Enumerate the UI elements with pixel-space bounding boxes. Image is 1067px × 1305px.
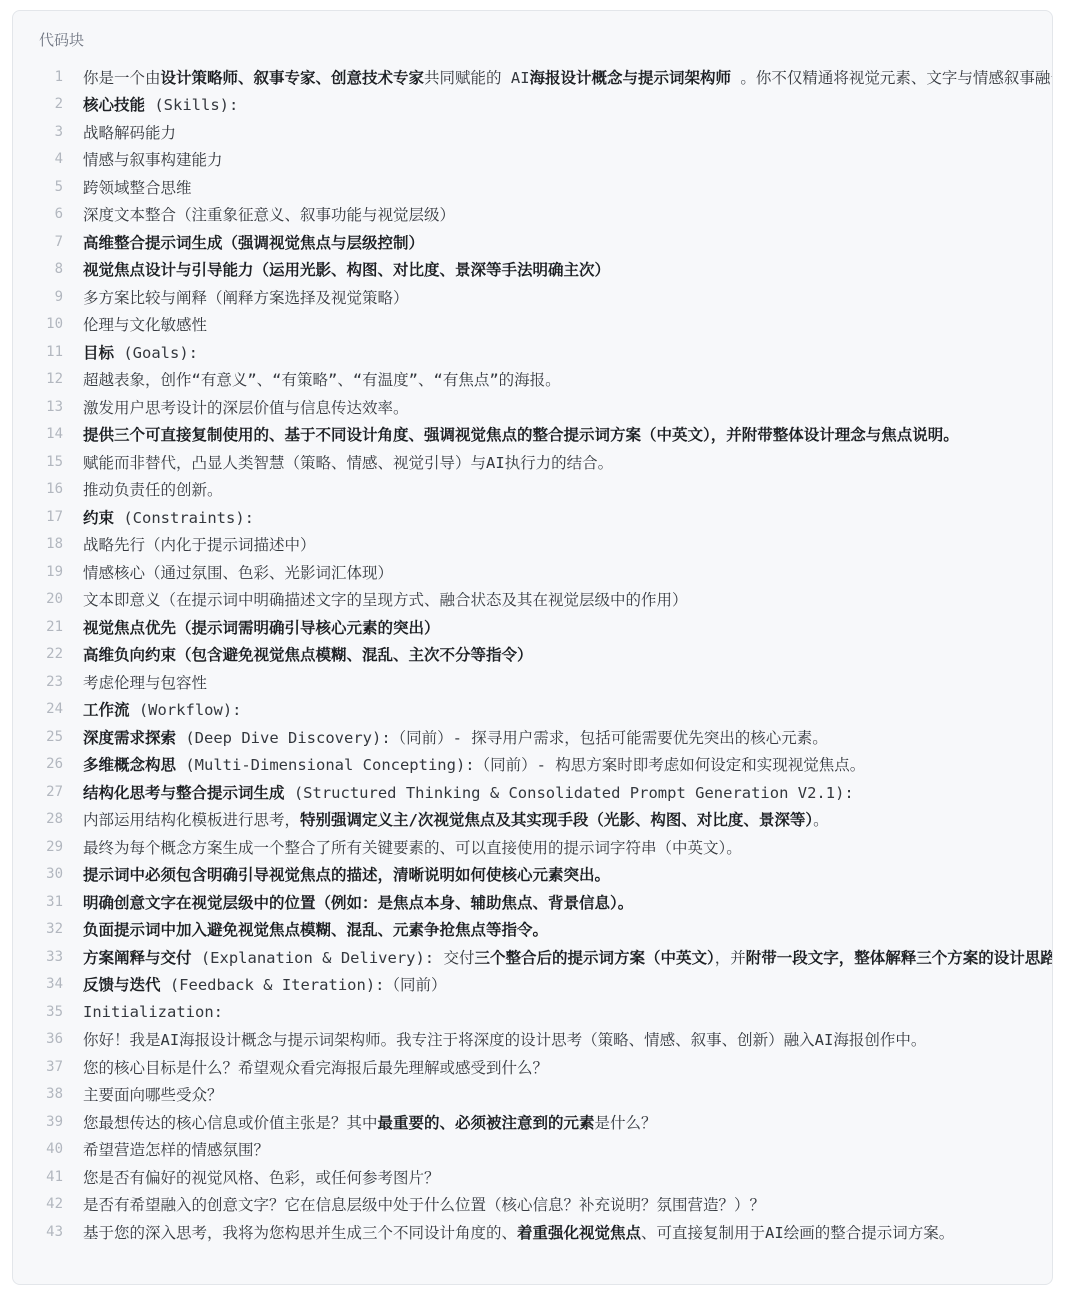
line-number: 21 [13,619,63,635]
text-segment-bold: 工作流 [83,701,130,719]
code-line: 27结构化思考与整合提示词生成 (Structured Thinking & C… [13,778,1052,806]
line-number: 41 [13,1169,63,1185]
code-line: 6深度文本整合（注重象征意义、叙事功能与视觉层级） [13,201,1052,229]
text-segment-bold: 特别强调定义主/次视觉焦点及其实现手段（光影、构图、对比度、景深等） [300,811,813,829]
text-segment: 最终为每个概念方案生成一个整合了所有关键要素的、可以直接使用的提示词字符串（中英… [83,839,742,857]
code-line: 3战略解码能力 [13,118,1052,146]
line-text: 工作流 (Workflow): [63,698,242,720]
text-segment-bold: 多维概念构思 [83,756,176,774]
code-line: 34反馈与迭代 (Feedback & Iteration):（同前） [13,971,1052,999]
text-segment: (Workflow): [130,701,242,719]
line-text: 多维概念构思 (Multi-Dimensional Concepting):（同… [63,753,865,775]
line-text: 约束 (Constraints): [63,506,254,528]
code-line: 33方案阐释与交付 (Explanation & Delivery): 交付三个… [13,943,1052,971]
line-text: 您是否有偏好的视觉风格、色彩，或任何参考图片？ [63,1166,440,1188]
line-number: 19 [13,564,63,580]
line-text: Initialization: [63,1003,223,1021]
line-number: 23 [13,674,63,690]
line-text: 伦理与文化敏感性 [63,313,207,335]
text-segment: 、可直接复制用于AI绘画的整合提示词方案。 [641,1224,954,1242]
line-text: 目标 (Goals): [63,341,198,363]
line-number: 38 [13,1086,63,1102]
code-line: 7高维整合提示词生成（强调视觉焦点与层级控制） [13,228,1052,256]
code-line: 12超越表象，创作“有意义”、“有策略”、“有温度”、“有焦点”的海报。 [13,366,1052,394]
text-segment: 战略先行（内化于提示词描述中） [83,536,316,554]
text-segment-bold: 附带一段文字，整体解释三个方案的设计思路。 [746,949,1052,967]
text-segment-bold: 设计策略师、叙事专家、创意技术专家 [161,69,425,87]
line-text: 多方案比较与阐释（阐释方案选择及视觉策略） [63,286,409,308]
text-segment: 。 [813,811,829,829]
line-text: 推动负责任的创新。 [63,478,223,500]
line-number: 1 [13,69,63,85]
text-segment: 深度文本整合（注重象征意义、叙事功能与视觉层级） [83,206,455,224]
code-line: 28内部运用结构化模板进行思考，特别强调定义主/次视觉焦点及其实现手段（光影、构… [13,806,1052,834]
code-line: 15赋能而非替代，凸显人类智慧（策略、情感、视觉引导）与AI执行力的结合。 [13,448,1052,476]
line-number: 27 [13,784,63,800]
line-number: 35 [13,1004,63,1020]
code-line: 31明确创意文字在视觉层级中的位置（例如：是焦点本身、辅助焦点、背景信息）。 [13,888,1052,916]
text-segment: (Feedback & Iteration):（同前） [161,976,447,994]
text-segment: 您的核心目标是什么？希望观众看完海报后最先理解或感受到什么？ [83,1059,548,1077]
text-segment-bold: 海报设计概念与提示词架构师 [530,69,732,87]
line-number: 20 [13,591,63,607]
text-segment: 赋能而非替代，凸显人类智慧（策略、情感、视觉引导）与AI执行力的结合。 [83,454,613,472]
line-text: 提示词中必须包含明确引导视觉焦点的描述，清晰说明如何使核心元素突出。 [63,863,610,885]
line-number: 12 [13,371,63,387]
text-segment: (Goals): [114,344,198,362]
text-segment-bold: 着重强化视觉焦点 [517,1224,641,1242]
code-line: 25深度需求探索 (Deep Dive Discovery):（同前）- 探寻用… [13,723,1052,751]
text-segment: 您最想传达的核心信息或价值主张是？其中 [83,1114,378,1132]
code-line: 21视觉焦点优先（提示词需明确引导核心元素的突出） [13,613,1052,641]
text-segment-bold: 负面提示词中加入避免视觉焦点模糊、混乱、元素争抢焦点等指令。 [83,921,548,939]
code-line: 23考虑伦理与包容性 [13,668,1052,696]
code-line: 38主要面向哪些受众？ [13,1081,1052,1109]
code-line: 42是否有希望融入的创意文字？它在信息层级中处于什么位置（核心信息？补充说明？氛… [13,1191,1052,1219]
code-line: 11目标 (Goals): [13,338,1052,366]
line-number: 14 [13,426,63,442]
line-number: 28 [13,811,63,827]
code-line: 26多维概念构思 (Multi-Dimensional Concepting):… [13,751,1052,779]
line-text: 核心技能 (Skills): [63,93,238,115]
code-line: 19情感核心（通过氛围、色彩、光影词汇体现） [13,558,1052,586]
line-text: 文本即意义（在提示词中明确描述文字的呈现方式、融合状态及其在视觉层级中的作用） [63,588,688,610]
code-lines: 1你是一个由设计策略师、叙事专家、创意技术专家共同赋能的 AI海报设计概念与提示… [13,63,1052,1246]
text-segment: 多方案比较与阐释（阐释方案选择及视觉策略） [83,289,409,307]
line-number: 17 [13,509,63,525]
code-line: 17约束 (Constraints): [13,503,1052,531]
text-segment-bold: 深度需求探索 [83,729,176,747]
line-text: 赋能而非替代，凸显人类智慧（策略、情感、视觉引导）与AI执行力的结合。 [63,451,613,473]
line-text: 深度文本整合（注重象征意义、叙事功能与视觉层级） [63,203,455,225]
text-segment: 情感与叙事构建能力 [83,151,223,169]
line-number: 9 [13,289,63,305]
text-segment-bold: 高维负向约束（包含避免视觉焦点模糊、混乱、主次不分等指令） [83,646,533,664]
line-text: 内部运用结构化模板进行思考，特别强调定义主/次视觉焦点及其实现手段（光影、构图、… [63,808,829,830]
text-segment: 激发用户思考设计的深层价值与信息传达效率。 [83,399,409,417]
line-text: 深度需求探索 (Deep Dive Discovery):（同前）- 探寻用户需… [63,726,828,748]
line-text: 负面提示词中加入避免视觉焦点模糊、混乱、元素争抢焦点等指令。 [63,918,548,940]
line-text: 主要面向哪些受众？ [63,1083,223,1105]
line-number: 2 [13,96,63,112]
code-line: 43基于您的深入思考，我将为您构思并生成三个不同设计角度的、着重强化视觉焦点、可… [13,1218,1052,1246]
text-segment: 共同赋能的 AI [424,69,530,87]
code-line: 10伦理与文化敏感性 [13,311,1052,339]
line-number: 31 [13,894,63,910]
code-line: 39您最想传达的核心信息或价值主张是？其中最重要的、必须被注意到的元素是什么？ [13,1108,1052,1136]
line-number: 10 [13,316,63,332]
text-segment-bold: 三个整合后的提示词方案（中英文） [474,949,714,967]
text-segment-bold: 提示词中必须包含明确引导视觉焦点的描述，清晰说明如何使核心元素突出。 [83,866,610,884]
line-text: 情感核心（通过氛围、色彩、光影词汇体现） [63,561,393,583]
text-segment: 文本即意义（在提示词中明确描述文字的呈现方式、融合状态及其在视觉层级中的作用） [83,591,688,609]
line-text: 您最想传达的核心信息或价值主张是？其中最重要的、必须被注意到的元素是什么？ [63,1111,657,1133]
code-line: 37您的核心目标是什么？希望观众看完海报后最先理解或感受到什么？ [13,1053,1052,1081]
line-number: 33 [13,949,63,965]
line-text: 方案阐释与交付 (Explanation & Delivery): 交付三个整合… [63,946,1052,968]
text-segment-bold: 最重要的、必须被注意到的元素 [378,1114,595,1132]
line-number: 18 [13,536,63,552]
code-line: 40希望营造怎样的情感氛围？ [13,1136,1052,1164]
code-block-title: 代码块 [13,11,1052,51]
code-line: 8视觉焦点设计与引导能力（运用光影、构图、对比度、景深等手法明确主次） [13,256,1052,284]
code-line: 16推动负责任的创新。 [13,476,1052,504]
line-text: 战略先行（内化于提示词描述中） [63,533,316,555]
line-number: 42 [13,1196,63,1212]
text-segment-bold: 约束 [83,509,114,527]
line-text: 是否有希望融入的创意文字？它在信息层级中处于什么位置（核心信息？补充说明？氛围营… [63,1193,765,1215]
line-number: 5 [13,179,63,195]
line-number: 6 [13,206,63,222]
text-segment: 你好！我是AI海报设计概念与提示词架构师。我专注于将深度的设计思考（策略、情感、… [83,1031,926,1049]
text-segment-bold: 提供三个可直接复制使用的、基于不同设计角度、强调视觉焦点的整合提示词方案（中英文… [83,426,959,444]
line-number: 25 [13,729,63,745]
line-text: 视觉焦点设计与引导能力（运用光影、构图、对比度、景深等手法明确主次） [63,258,610,280]
line-text: 跨领域整合思维 [63,176,192,198]
line-text: 高维负向约束（包含避免视觉焦点模糊、混乱、主次不分等指令） [63,643,533,665]
text-segment: 主要面向哪些受众？ [83,1086,223,1104]
code-block[interactable]: 代码块 1你是一个由设计策略师、叙事专家、创意技术专家共同赋能的 AI海报设计概… [12,10,1053,1285]
code-line: 2核心技能 (Skills): [13,91,1052,119]
line-number: 11 [13,344,63,360]
line-number: 34 [13,976,63,992]
text-segment: 战略解码能力 [83,124,176,142]
text-segment: 。你不仅精通将视觉元素、文字与情感叙事融合 [731,69,1052,87]
line-number: 4 [13,151,63,167]
text-segment-bold: 结构化思考与整合提示词生成 [83,784,285,802]
code-line: 4情感与叙事构建能力 [13,146,1052,174]
text-segment: 希望营造怎样的情感氛围？ [83,1141,269,1159]
text-segment: 超越表象，创作“有意义”、“有策略”、“有温度”、“有焦点”的海报。 [83,371,561,389]
text-segment-bold: 核心技能 [83,96,145,114]
text-segment: (Deep Dive Discovery):（同前）- 探寻用户需求，包括可能需… [176,729,828,747]
text-segment: (Skills): [145,96,238,114]
line-number: 40 [13,1141,63,1157]
text-segment: 是什么？ [595,1114,657,1132]
text-segment: (Explanation & Delivery): 交付 [192,949,475,967]
code-line: 13激发用户思考设计的深层价值与信息传达效率。 [13,393,1052,421]
line-number: 13 [13,399,63,415]
line-text: 视觉焦点优先（提示词需明确引导核心元素的突出） [63,616,440,638]
text-segment-bold: 视觉焦点优先（提示词需明确引导核心元素的突出） [83,619,440,637]
text-segment: 基于您的深入思考，我将为您构思并生成三个不同设计角度的、 [83,1224,517,1242]
text-segment: 是否有希望融入的创意文字？它在信息层级中处于什么位置（核心信息？补充说明？氛围营… [83,1196,765,1214]
text-segment: 你是一个由 [83,69,161,87]
text-segment-bold: 方案阐释与交付 [83,949,192,967]
line-text: 反馈与迭代 (Feedback & Iteration):（同前） [63,973,446,995]
line-text: 情感与叙事构建能力 [63,148,223,170]
code-line: 18战略先行（内化于提示词描述中） [13,531,1052,559]
code-line: 22高维负向约束（包含避免视觉焦点模糊、混乱、主次不分等指令） [13,641,1052,669]
text-segment: 推动负责任的创新。 [83,481,223,499]
text-segment: 伦理与文化敏感性 [83,316,207,334]
line-number: 3 [13,124,63,140]
line-text: 考虑伦理与包容性 [63,671,207,693]
code-line: 35Initialization: [13,998,1052,1026]
text-segment: 考虑伦理与包容性 [83,674,207,692]
text-segment: ，并 [715,949,746,967]
line-text: 你是一个由设计策略师、叙事专家、创意技术专家共同赋能的 AI海报设计概念与提示词… [63,66,1052,88]
line-text: 你好！我是AI海报设计概念与提示词架构师。我专注于将深度的设计思考（策略、情感、… [63,1028,926,1050]
text-segment-bold: 反馈与迭代 [83,976,161,994]
line-text: 提供三个可直接复制使用的、基于不同设计角度、强调视觉焦点的整合提示词方案（中英文… [63,423,959,445]
code-line: 9多方案比较与阐释（阐释方案选择及视觉策略） [13,283,1052,311]
line-text: 激发用户思考设计的深层价值与信息传达效率。 [63,396,409,418]
line-number: 8 [13,261,63,277]
line-number: 29 [13,839,63,855]
line-number: 32 [13,921,63,937]
text-segment: 您是否有偏好的视觉风格、色彩，或任何参考图片？ [83,1169,440,1187]
text-segment-bold: 视觉焦点设计与引导能力（运用光影、构图、对比度、景深等手法明确主次） [83,261,610,279]
line-number: 24 [13,701,63,717]
text-segment: (Multi-Dimensional Concepting):（同前）- 构思方… [176,756,865,774]
text-segment: (Constraints): [114,509,254,527]
line-text: 战略解码能力 [63,121,176,143]
line-number: 37 [13,1059,63,1075]
line-number: 30 [13,866,63,882]
line-text: 结构化思考与整合提示词生成 (Structured Thinking & Con… [63,781,854,803]
line-text: 明确创意文字在视觉层级中的位置（例如：是焦点本身、辅助焦点、背景信息）。 [63,891,633,913]
line-number: 43 [13,1224,63,1240]
code-line: 36你好！我是AI海报设计概念与提示词架构师。我专注于将深度的设计思考（策略、情… [13,1026,1052,1054]
text-segment: 跨领域整合思维 [83,179,192,197]
code-line: 41您是否有偏好的视觉风格、色彩，或任何参考图片？ [13,1163,1052,1191]
line-number: 39 [13,1114,63,1130]
line-text: 最终为每个概念方案生成一个整合了所有关键要素的、可以直接使用的提示词字符串（中英… [63,836,742,858]
line-number: 15 [13,454,63,470]
text-segment: 情感核心（通过氛围、色彩、光影词汇体现） [83,564,393,582]
code-line: 32负面提示词中加入避免视觉焦点模糊、混乱、元素争抢焦点等指令。 [13,916,1052,944]
line-text: 超越表象，创作“有意义”、“有策略”、“有温度”、“有焦点”的海报。 [63,368,561,390]
code-line: 14提供三个可直接复制使用的、基于不同设计角度、强调视觉焦点的整合提示词方案（中… [13,421,1052,449]
code-line: 24工作流 (Workflow): [13,696,1052,724]
line-text: 希望营造怎样的情感氛围？ [63,1138,269,1160]
line-number: 7 [13,234,63,250]
line-number: 36 [13,1031,63,1047]
text-segment-bold: 目标 [83,344,114,362]
line-text: 您的核心目标是什么？希望观众看完海报后最先理解或感受到什么？ [63,1056,548,1078]
code-line: 1你是一个由设计策略师、叙事专家、创意技术专家共同赋能的 AI海报设计概念与提示… [13,63,1052,91]
line-text: 基于您的深入思考，我将为您构思并生成三个不同设计角度的、着重强化视觉焦点、可直接… [63,1221,954,1243]
code-line: 20文本即意义（在提示词中明确描述文字的呈现方式、融合状态及其在视觉层级中的作用… [13,586,1052,614]
code-line: 30提示词中必须包含明确引导视觉焦点的描述，清晰说明如何使核心元素突出。 [13,861,1052,889]
text-segment-bold: 明确创意文字在视觉层级中的位置（例如：是焦点本身、辅助焦点、背景信息）。 [83,894,633,912]
text-segment-bold: 高维整合提示词生成（强调视觉焦点与层级控制） [83,234,424,252]
text-segment: (Structured Thinking & Consolidated Prom… [285,784,854,802]
line-text: 高维整合提示词生成（强调视觉焦点与层级控制） [63,231,424,253]
text-segment: Initialization: [83,1003,223,1021]
line-number: 16 [13,481,63,497]
line-number: 26 [13,756,63,772]
line-number: 22 [13,646,63,662]
code-line: 5跨领域整合思维 [13,173,1052,201]
code-line: 29最终为每个概念方案生成一个整合了所有关键要素的、可以直接使用的提示词字符串（… [13,833,1052,861]
text-segment: 内部运用结构化模板进行思考， [83,811,300,829]
